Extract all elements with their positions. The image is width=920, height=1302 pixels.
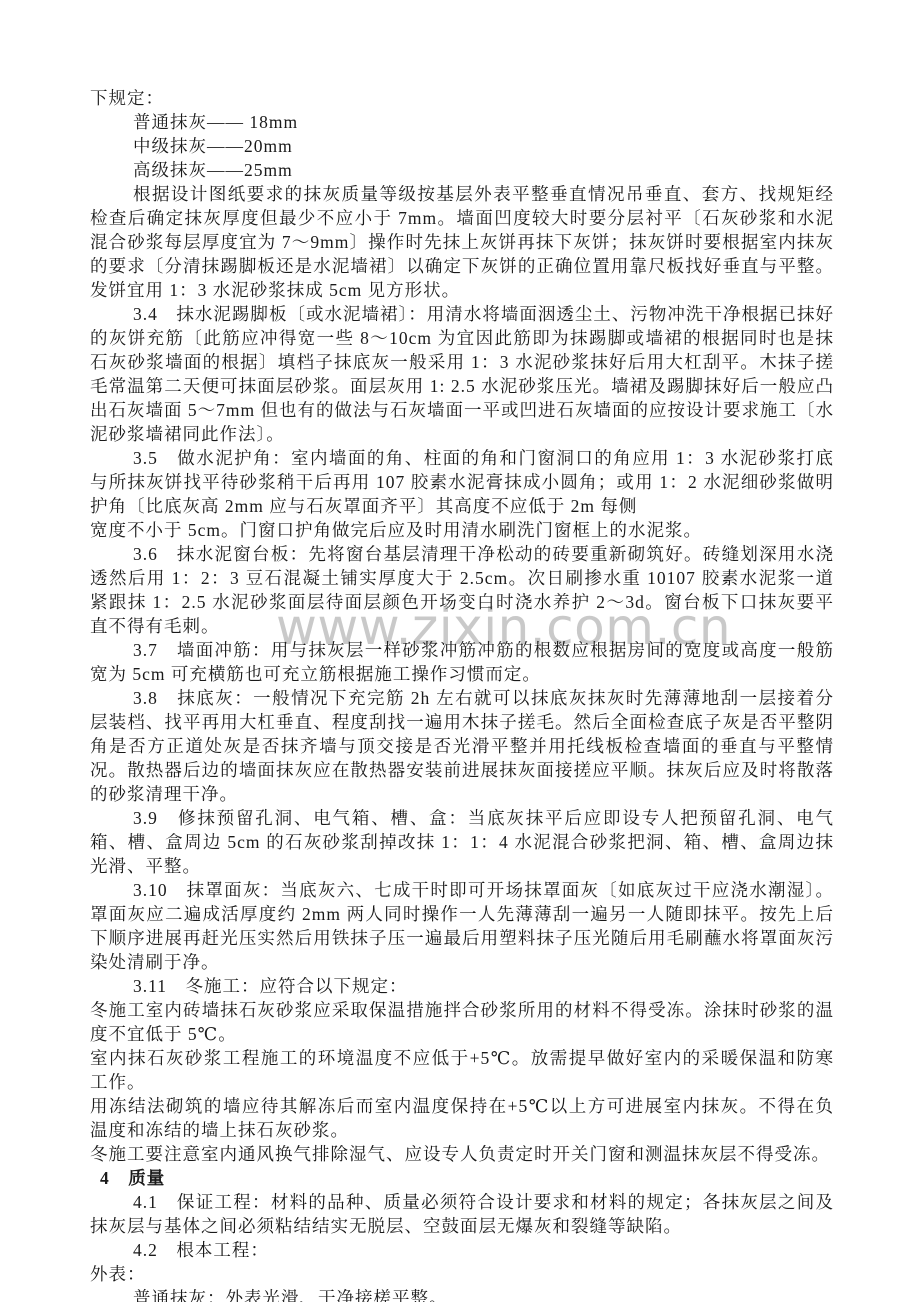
section-3-9: 3.9 修抹预留孔洞、电气箱、槽、盒：当底灰抹平后应即设专人把预留孔洞、电气箱、… [90, 806, 834, 878]
label-appearance: 外表： [90, 1262, 834, 1286]
section-4-1: 4.1 保证工程：材料的品种、质量必须符合设计要求和材料的规定；各抹灰层之间及抹… [90, 1190, 834, 1238]
section-3-11: 3.11 冬施工：应符合以下规定： [90, 974, 834, 998]
document-body: 下规定： 普通抹灰—— 18mm 中级抹灰——20mm 高级抹灰——25mm 根… [90, 86, 834, 1302]
winter-note-3: 用冻结法砌筑的墙应待其解冻后而室内温度保持在+5℃以上方可进展室内抹灰。不得在负… [90, 1094, 834, 1142]
item-ordinary-plaster: 普通抹灰—— 18mm [90, 110, 834, 134]
winter-note-4: 冬施工要注意室内通风换气排除湿气、应设专人负责定时开关门窗和测温抹灰层不得受冻。 [90, 1142, 834, 1166]
section-3-5-continued: 宽度不小于 5cm。门窗口护角做完后应及时用清水刷洗门窗框上的水泥浆。 [90, 518, 834, 542]
intro-line: 下规定： [90, 86, 834, 110]
paragraph-thickness: 根据设计图纸要求的抹灰质量等级按基层外表平整垂直情况吊垂直、套方、找规矩经检查后… [90, 182, 834, 302]
appearance-ordinary: 普通抹灰：外表光滑、干净接槎平整。 [90, 1286, 834, 1302]
section-3-10: 3.10 抹罩面灰：当底灰六、七成干时即可开场抹罩面灰〔如底灰过干应浇水潮湿〕。… [90, 878, 834, 974]
winter-note-2: 室内抹石灰砂浆工程施工的环境温度不应低于+5℃。放需提早做好室内的采暖保温和防寒… [90, 1046, 834, 1094]
document-page: { "page": { "background": "#ffffff", "te… [0, 0, 920, 1302]
heading-4-quality: 4 质量 [90, 1166, 834, 1190]
section-3-6: 3.6 抹水泥窗台板：先将窗台基层清理干净松动的砖要重新砌筑好。砖缝划深用水浇透… [90, 542, 834, 638]
item-advanced-plaster: 高级抹灰——25mm [90, 158, 834, 182]
section-3-8: 3.8 抹底灰：一般情况下充完筋 2h 左右就可以抹底灰抹灰时先薄薄地刮一层接着… [90, 686, 834, 806]
section-3-4: 3.4 抹水泥踢脚板〔或水泥墙裙〕：用清水将墙面洇透尘土、污物冲洗干净根据已抹好… [90, 302, 834, 446]
section-4-2: 4.2 根本工程： [90, 1238, 834, 1262]
section-3-5: 3.5 做水泥护角：室内墙面的角、柱面的角和门窗洞口的角应用 1：3 水泥砂浆打… [90, 446, 834, 518]
section-3-7: 3.7 墙面冲筋：用与抹灰层一样砂浆冲筋冲筋的根数应根据房间的宽度或高度一般筋宽… [90, 638, 834, 686]
winter-note-1: 冬施工室内砖墙抹石灰砂浆应采取保温措施拌合砂浆所用的材料不得受冻。涂抹时砂浆的温… [90, 998, 834, 1046]
item-medium-plaster: 中级抹灰——20mm [90, 134, 834, 158]
